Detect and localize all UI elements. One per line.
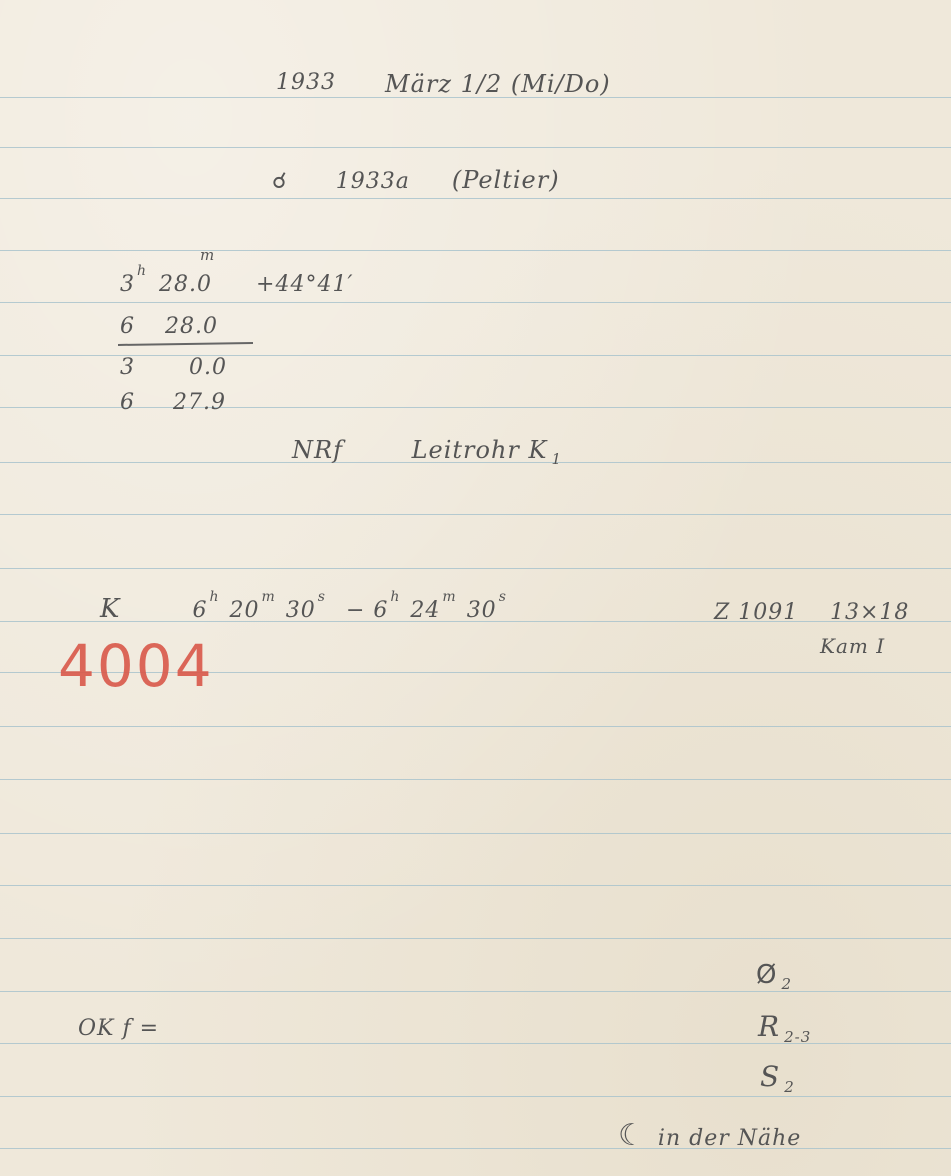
ra-minutes: 28.0 (159, 272, 212, 297)
ra-hours: 6 (120, 390, 135, 415)
object-name: (Peltier) (452, 166, 560, 194)
subtotal-underline (118, 342, 253, 346)
condition-symbol: R (758, 1010, 780, 1043)
date-text: März 1/2 (Mi/Do) (385, 70, 611, 98)
ruled-line (0, 302, 951, 303)
exposure-line: K 6h 20m 30s − 6h 24m 30s (100, 594, 509, 624)
plate-id: Z 1091 (714, 600, 798, 625)
range-separator: − (346, 598, 365, 623)
ra-hours: 6 (120, 314, 135, 339)
minutes-unit: m (200, 246, 215, 264)
plate-format: 13×18 (830, 600, 909, 625)
position-row-1: 3h 28.0 +44°41′ (120, 272, 353, 297)
start-seconds: 30 (286, 598, 316, 623)
notebook-page: 1933 März 1/2 (Mi/Do) ☌ 1933a (Peltier) … (0, 0, 951, 1176)
start-minutes: 20 (229, 598, 259, 623)
conjunction-symbol-icon: ☌ (272, 169, 288, 194)
declination: +44°41′ (256, 272, 353, 297)
end-minutes: 24 (410, 598, 440, 623)
header-date: März 1/2 (Mi/Do) (385, 70, 611, 98)
ruled-line (0, 514, 951, 515)
start-hours: 6 (192, 598, 207, 623)
ra-hours: 3 (120, 355, 135, 380)
ok-note-text: OK f = (78, 1016, 159, 1041)
ruled-line (0, 885, 951, 886)
condition-value: 2 (784, 1078, 795, 1096)
minutes-unit: m (261, 589, 275, 605)
minutes-unit-mark: m (200, 246, 215, 264)
ruled-line (0, 833, 951, 834)
hours-unit: h (390, 589, 400, 605)
camera-id: Kam I (820, 634, 885, 658)
end-hours: 6 (373, 598, 388, 623)
hours-unit: h (137, 263, 147, 279)
condition-row-1: Ø2 (756, 960, 792, 990)
guide-scope: Leitrohr K (412, 436, 548, 464)
ruled-line (0, 1096, 951, 1097)
seconds-unit: s (318, 589, 326, 605)
guide-scope-subscript: 1 (551, 450, 562, 468)
position-row-4: 6 27.9 (120, 390, 226, 415)
instrument-code: NRf (292, 436, 343, 464)
object-designation: 1933a (336, 169, 410, 194)
ra-minutes: 27.9 (173, 390, 226, 415)
plate-number-text: Z 1091 (714, 600, 798, 625)
position-row-2: 6 28.0 (120, 314, 218, 339)
ruled-line (0, 147, 951, 148)
end-seconds: 30 (467, 598, 497, 623)
ruled-line (0, 726, 951, 727)
moon-note-text: in der Nähe (658, 1126, 801, 1151)
ra-minutes: 28.0 (165, 314, 218, 339)
ra-hours: 3 (120, 272, 135, 297)
ruled-line (0, 250, 951, 251)
ruled-line (0, 198, 951, 199)
seeing-symbol-icon: Ø (756, 960, 777, 990)
hours-unit: h (209, 589, 219, 605)
instrument-line: NRf Leitrohr K1 (292, 436, 562, 464)
seconds-unit: s (499, 589, 507, 605)
ruled-line (0, 938, 951, 939)
minutes-unit: m (442, 589, 456, 605)
ruled-line (0, 991, 951, 992)
condition-value: 2-3 (784, 1028, 811, 1046)
position-row-3: 3 0.0 (120, 355, 227, 380)
red-plate-number: 4004 (58, 632, 214, 700)
moon-note: ☾ in der Nähe (618, 1118, 801, 1153)
plate-number-red: 4004 (58, 632, 214, 700)
ok-note: OK f = (78, 1016, 159, 1041)
ruled-line (0, 568, 951, 569)
year-text: 1933 (276, 70, 336, 95)
camera-text: Kam I (820, 634, 885, 658)
condition-symbol: S (760, 1060, 780, 1093)
plate-format-text: 13×18 (830, 600, 909, 625)
condition-row-3: S2 (760, 1060, 795, 1093)
object-line: ☌ 1933a (Peltier) (272, 166, 560, 194)
ra-minutes: 0.0 (189, 355, 227, 380)
exposure-label: K (100, 594, 120, 624)
ruled-line (0, 1148, 951, 1149)
header-year: 1933 (276, 70, 336, 95)
condition-value: 2 (781, 975, 792, 993)
moon-icon: ☾ (618, 1118, 646, 1153)
ruled-line (0, 779, 951, 780)
condition-row-2: R2-3 (758, 1010, 811, 1043)
